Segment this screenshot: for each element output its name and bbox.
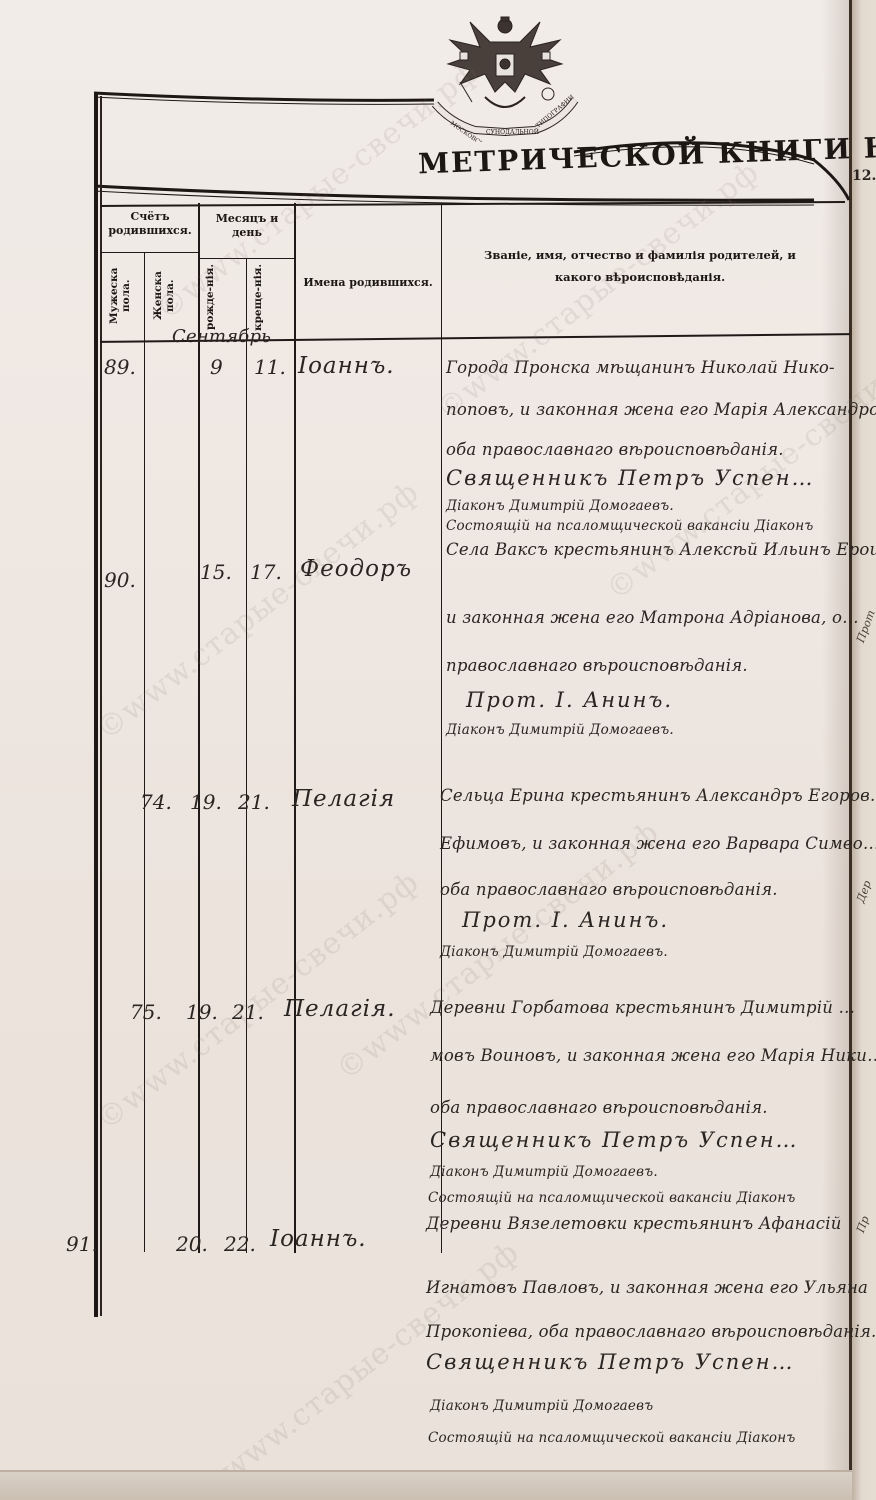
priest-signature: Прот. І. Анинъ. xyxy=(462,908,669,932)
header-female: Женска пола. xyxy=(152,258,186,334)
baptism-day: 17. xyxy=(250,560,282,584)
baptism-day: 22. xyxy=(224,1232,256,1256)
birth-day: 20. xyxy=(176,1232,208,1256)
child-name: Іоаннъ. xyxy=(298,353,395,379)
parents-line: Деревни Горбатова крестьянинъ Димитрій … xyxy=(430,998,855,1017)
parents-line: мовъ Воиновъ, и законная жена его Марія … xyxy=(430,1046,876,1065)
deacon-signature: Діаконъ Димитрій Домогаевъ xyxy=(430,1398,653,1414)
month-label: Сентябрь xyxy=(172,326,271,347)
deacon-signature: Діаконъ Димитрій Домогаевъ. xyxy=(440,944,668,960)
parents-line: Сельца Еринa крестьянинъ Александръ Егор… xyxy=(440,786,876,805)
female-number: 74. xyxy=(140,790,172,814)
column-rule-names-parents xyxy=(441,203,442,1253)
header-birth-count: Счётъ родившихся. xyxy=(102,210,198,238)
header-male: Мужеска пола. xyxy=(108,258,142,334)
child-name: Пелагія. xyxy=(284,996,396,1022)
baptism-day: 11. xyxy=(254,355,286,379)
header-sub-rule-date xyxy=(200,258,295,259)
priest-signature: Священникъ Петръ Успен… xyxy=(430,1128,799,1152)
parents-line: Деревни Вязелетовки крестьянинъ Афанасій xyxy=(426,1214,842,1233)
priest-signature: Священникъ Петръ Успен… xyxy=(446,466,815,490)
header-names: Имена родившихся. xyxy=(298,276,438,290)
male-number: 89. xyxy=(104,355,136,379)
child-name: Іоаннъ. xyxy=(270,1226,367,1252)
row-note: Состоящій на псаломщической вакансіи Діа… xyxy=(446,518,813,534)
male-number: 90. xyxy=(104,568,136,592)
adjacent-page-edge: Прот Дер Пр xyxy=(852,0,876,1500)
adjacent-page-handwriting: Дер xyxy=(854,879,874,905)
column-rule-male-female xyxy=(144,252,145,1252)
parents-line: Города Пронска мѣщанинъ Николай Нико- xyxy=(446,358,835,377)
birth-day: 19. xyxy=(186,1000,218,1024)
baptism-day: 21. xyxy=(232,1000,264,1024)
baptism-day: 21. xyxy=(238,790,270,814)
parents-line: православнаго вѣроисповѣданія. xyxy=(446,656,748,675)
parents-line: Прокопіева, оба православнаго вѣроисповѣ… xyxy=(426,1322,876,1341)
female-number: 75. xyxy=(130,1000,162,1024)
deacon-signature: Діаконъ Димитрій Домогаевъ. xyxy=(446,498,674,514)
book-page-stack-edge xyxy=(0,1470,852,1500)
parents-line: оба православнаго вѣроисповѣданія. xyxy=(430,1098,768,1117)
header-born: рожде-нія. xyxy=(204,262,238,332)
priest-signature: Священникъ Петръ Успен… xyxy=(426,1350,795,1374)
parents-line: поповъ, и законная жена его Марія Алекса… xyxy=(446,400,876,419)
table-left-border xyxy=(94,92,98,1317)
header-month-day: Месяцъ и день xyxy=(200,212,294,240)
birth-day: 15. xyxy=(200,560,232,584)
header-sub-rule-count xyxy=(100,252,200,253)
row-note: Состоящій на псаломщической вакансіи Діа… xyxy=(428,1190,795,1206)
birth-day: 19. xyxy=(190,790,222,814)
column-rule-count-date xyxy=(198,203,200,1253)
row-note: Состоящій на псаломщической вакансіи Діа… xyxy=(428,1430,795,1446)
parents-line: Ефимовъ, и законная жена его Варвара Сим… xyxy=(440,834,876,853)
column-rule-date-names xyxy=(294,203,296,1253)
parents-line: оба православнаго вѣроисповѣданія. xyxy=(446,440,784,459)
child-name: Пелагія xyxy=(292,786,395,812)
adjacent-page-handwriting: Пр xyxy=(854,1214,872,1234)
deacon-signature: Діаконъ Димитрій Домогаевъ. xyxy=(446,722,674,738)
male-number: 91. xyxy=(66,1232,98,1256)
child-name: Феодоръ xyxy=(300,556,412,582)
header-parents: Званіе, имя, отчество и фамилія родителе… xyxy=(470,245,810,289)
birth-day: 9 xyxy=(210,355,223,379)
deacon-signature: Діаконъ Димитрій Домогаевъ. xyxy=(430,1164,658,1180)
parents-line: Села Ваксъ крестьянинъ Алексѣй Ильинъ Ер… xyxy=(446,540,876,559)
header-baptized: креще-нія. xyxy=(252,262,286,332)
adjacent-page-year: 12. xyxy=(852,168,876,184)
priest-signature: Прот. І. Анинъ. xyxy=(466,688,673,712)
parents-line: оба православнаго вѣроисповѣданія. xyxy=(440,880,778,899)
table-left-border-inner xyxy=(100,96,102,1316)
parents-line: и законная жена его Матрона Адріанова, о… xyxy=(446,608,859,627)
parents-line: Игнатовъ Павловъ, и законная жена его Ул… xyxy=(426,1278,868,1297)
column-rule-born-baptized xyxy=(246,258,247,1253)
